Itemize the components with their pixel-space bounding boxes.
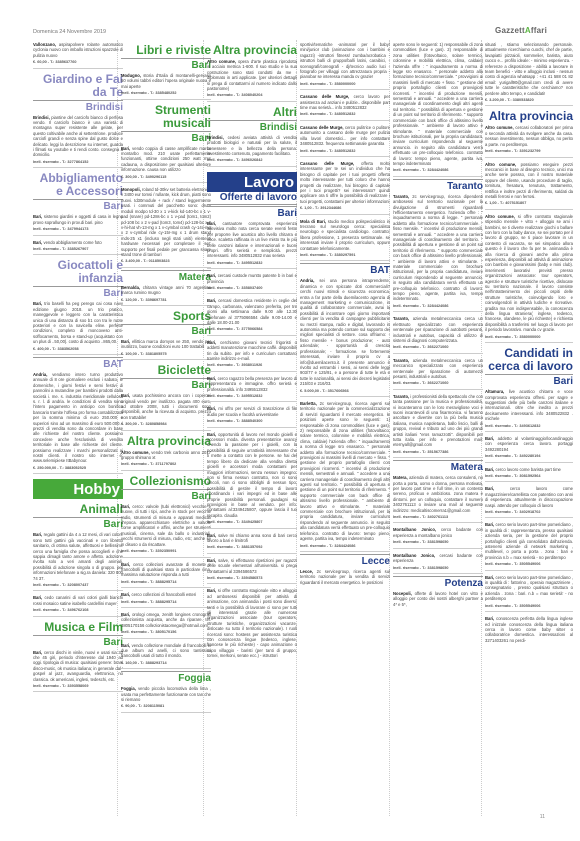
classified-ad: Bari, cerco collezioni avanzate di monet… (121, 560, 211, 589)
ad-contact: Inell. riservato - T.: 3515677386 (393, 450, 483, 455)
section-title-strumenti: Strumenti musicali (121, 104, 211, 130)
classified-ad: Bari, cantautore comprovata esperienza t… (207, 219, 297, 269)
classified-ad: Bernalda, chitarra vintage anni 70 argen… (121, 283, 211, 306)
ad-city: Bari, (207, 406, 216, 411)
ad-city: Monopoli, (121, 187, 141, 192)
section-title-animali: Animali (33, 503, 123, 516)
ad-city: Vallonzano, (33, 42, 56, 47)
ad-text: offerta molto interessante per te sei un… (300, 161, 390, 204)
ad-city: Modugno, (121, 73, 141, 78)
city-heading: Brindisi (207, 120, 297, 133)
classified-ad: Bari, cerco: valvole (tubi elettronici) … (121, 502, 211, 558)
classified-ad: Altro comune, si offre contratto stagion… (485, 212, 573, 343)
ad-text: possiamo eseguire pezzi meccanici in bas… (485, 162, 573, 199)
ad-contact: Inell. riservato - T.: 3495512832 (207, 261, 297, 266)
ad-text: opportunità di lavoro nel mondo gioielli… (207, 432, 297, 518)
classified-ad: Foggia, vendo piccola locomotiva della l… (121, 684, 211, 713)
classified-ad: Bari, cerco lavoro come barista part tim… (485, 465, 573, 483)
ad-text: salve, si effettuano ripetizioni per rag… (207, 558, 297, 574)
ad-contact: Inell. riservato - T.: 3081592564 (485, 474, 573, 479)
classified-ad: Bari, conoscenza perfetta della lingua i… (485, 614, 573, 645)
ad-text: usata pochissimo ancora con i coperoni o… (121, 393, 211, 420)
section-title-libri: Libri e riviste (121, 44, 211, 57)
column-2: Libri e riviste Bari Modugno, storia d'I… (121, 40, 211, 715)
ad-city: Bari, (485, 436, 494, 441)
ad-text: cerco dischi in vinile, nuovi e usati si… (33, 650, 123, 682)
ad-text: i professionisti della spettacolo che co… (393, 394, 483, 448)
ad-city: Taranto, (393, 316, 409, 321)
city-heading: Foggia (121, 671, 211, 684)
ad-contact: Inell. riservato - T.: 3380297591 (300, 253, 390, 258)
ad-text: conoscenza perfetta della lingua inglese… (485, 616, 573, 643)
ad-contact: Inell. riservato - T.: 3580000000 (485, 335, 573, 340)
ad-contact: Inell. riservato - T.: 3392350991 (121, 549, 211, 554)
ad-text: orologi omega, zenith longines cronograf… (121, 612, 211, 628)
classified-ad: Bari, cerco lavoro come magazziniere/car… (485, 484, 573, 518)
ad-contact: Inell. riservato - T.: 3385267907 (33, 247, 123, 252)
classified-ad: Brindisi, cedesi avviata attività di ven… (207, 133, 297, 167)
ad-text: 2c servicegroup, ricerca agenti sul terr… (300, 401, 390, 541)
ad-text: cercasi custode muntto patente b in bari… (207, 273, 297, 283)
ad-city: Mola di Bari, (300, 219, 326, 224)
ad-contact: Inell. riservato - T.: 3277864152 (33, 160, 123, 165)
ad-contact: €. 1,00 - T.: 3912344686 (300, 206, 390, 211)
section-title-altri: Altri (207, 106, 297, 119)
section-title-altra-provincia: Altra provincia (485, 110, 573, 123)
ad-contact: €. 120,00 - T.: 3398697781 (121, 298, 211, 303)
ad-contact: Inell. riservato - T.: 3580000000 (300, 82, 390, 87)
classified-ad: Andria, vendiamo intero turno produttivo… (33, 370, 123, 474)
ad-contact: €. 160,00 - T.: 3888293714 (121, 661, 211, 666)
section-title-altra-provincia: Altra provincia (207, 44, 297, 57)
classified-ad: Bari, cercasi domestica residente in ceg… (207, 296, 297, 335)
ad-city: Cassano delle Murge, (300, 125, 344, 130)
section-title-offerte: Offerte di lavoro (207, 192, 297, 205)
ad-text: vendo abbigliamento come foto (43, 240, 101, 245)
classified-ad: Bari, salve, si effettuano ripetizioni p… (207, 556, 297, 585)
gazzetta-affari-logo: GazzettAffari (495, 26, 547, 35)
ad-text: cerco: valvole (tubi elettronici) vecchi… (121, 504, 211, 547)
column-5: aperte sono le seguenti: 1) responsabile… (393, 40, 483, 611)
column-4: sportivi/tematiche -animatori per il bab… (300, 40, 390, 589)
ad-city: Bari, (121, 612, 130, 617)
classified-ad: Altamura, live acustico chitarra e voce … (485, 387, 573, 432)
ad-text: cercasi domestica residente in ceglie de… (207, 298, 297, 325)
classified-ad: Brindisi, piantine del carciofo bianco d… (33, 113, 123, 169)
ad-city: Montalbano Jonico, (393, 527, 436, 532)
ad-contact: Inell. riservato - T.: 3662271060 (393, 381, 483, 386)
section-title-biciclette: Biciclette (121, 364, 211, 377)
ad-city: Taranto, (393, 394, 409, 399)
ad-text: regalo gattini da 4 a 12 mesi, di vari c… (33, 532, 123, 580)
ad-text: vendo coppia di casse amplificate marca … (121, 146, 211, 173)
classified-ad: Bari, ellittica marca domyos ve 250, ven… (121, 337, 211, 360)
section-title-giocattoli: Giocattoli e infanzia (33, 259, 123, 285)
ad-text: cerco lavoro come barista part time (495, 467, 560, 472)
ad-contact: Inell. riservato - T.: 3938011926 (207, 363, 297, 368)
ad-contact: Inell. riservato - T.: 3888540300 (207, 419, 297, 424)
city-heading: BAT (300, 263, 390, 276)
ad-city: Bari, (207, 298, 216, 303)
ad-text: ellittica marca domyos ve 250, vendo per… (121, 339, 211, 349)
classified-ad: Bari, orologi omega, zenith longines cro… (121, 610, 211, 639)
ad-contact: Inell. riservato - T.: 3402918702 (485, 510, 573, 515)
ad-city: Bari, (33, 595, 42, 600)
classified-ad: Bari, cerco serio lavoro part-time pomer… (485, 520, 573, 570)
classified-ad: Matera, azienda di matera, cerca consule… (393, 473, 483, 523)
classified-ad: Bari, vendo abbigliamento come fotoInell… (33, 238, 123, 256)
ad-contact: Inell. riservato - T.: 3492280194 (485, 454, 573, 459)
classified-ad: Bari, cerco serio lavoro part-time pomer… (485, 573, 573, 612)
city-heading: Bari (33, 199, 123, 212)
city-heading: Bari (121, 378, 211, 391)
ad-contact: Inell. riservato - T.: 3284424086 (300, 544, 390, 549)
ad-text: mi offro per servizi di trascrizione di … (207, 406, 297, 416)
city-heading: Bari (121, 58, 211, 71)
ad-city: Cassano delle Murge, (300, 161, 354, 166)
classified-ad: Bari, cedo canarini di vari colori giall… (33, 593, 123, 616)
classified-ad: Bari, mi offro per servizi di trascrizio… (207, 404, 297, 427)
city-heading: BAT (33, 357, 123, 370)
category-band-lavoro: Lavoro (207, 172, 297, 192)
ad-text: si offre contratto stagionale stipendio … (485, 214, 573, 333)
classified-ad: Cassano delle Murge, cerco lavoro per as… (300, 92, 390, 121)
city-heading: Bari (33, 517, 123, 530)
city-heading: Matera (121, 270, 211, 283)
ad-contact: Inell. riservato - T.: 3284424086 (393, 304, 483, 309)
section-title-candidati: Candidati in cerca di lavoro (485, 347, 573, 373)
ad-contact: €. 300,00 - T.: 3280858984 (121, 422, 211, 427)
ad-contact: €. 100,00 - T.: 3381805575 (121, 352, 211, 357)
ad-contact: €. 3.200,00 - T.: 3380533820 (485, 98, 573, 103)
ad-city: Andria, (33, 372, 47, 377)
ad-city: Bari, (121, 146, 130, 151)
ad-city: Bari, (207, 273, 216, 278)
ad-city: Altro comune, (485, 214, 515, 219)
ad-city: Nocepoli, (393, 591, 412, 596)
ad-city: Bari, (121, 562, 130, 567)
classified-ad: Taranto, 2c servicegroup, ricerca dipend… (393, 192, 483, 313)
ad-city: Bari, (207, 221, 216, 226)
ad-contact: €. 400,00 - T.: 3383562058 (33, 347, 123, 352)
city-heading: Bari (121, 131, 211, 144)
classified-ad: Modugno, storia d'Italia di montanelli-g… (121, 71, 211, 100)
ad-city: Altro comune, (207, 59, 236, 64)
classified-ad: Bari, cerco dischi in vinile, nuovi e us… (33, 648, 123, 693)
ad-contact: Inell. riservato - T.: 3408040204 (207, 93, 297, 98)
ad-city: Altro comune, (121, 450, 150, 455)
ad-city: Altro comune, (485, 125, 514, 130)
classified-ad: Taranto, i professionisti della spettaco… (393, 392, 483, 458)
column-6: situati , stiamo selezionando personale.… (485, 40, 573, 647)
ad-text: aperte sono le seguenti: 1) responsabile… (393, 42, 483, 166)
ad-city: Taranto, (393, 194, 409, 199)
ad-city: Bari, (121, 504, 130, 509)
ad-text: cantautore comprovata esperienza televis… (207, 221, 297, 258)
ad-contact: Inell. riservato - T.: 3394586573 (207, 576, 297, 581)
ad-city: Bari, (207, 376, 216, 381)
ad-city: Bari, (121, 339, 130, 344)
logo-text-tail: ffari (531, 26, 547, 35)
classified-ad: Bari, cerco collezioni di francobolli es… (121, 590, 211, 608)
ad-city: Bari, (485, 522, 494, 527)
ad-contact: Inell. riservato - T.: 3775066584 (207, 327, 297, 332)
ad-contact: Inell. riservato - T.: 3284424086 (393, 168, 483, 173)
section-title-altra-provincia: Altra provincia (121, 435, 211, 448)
ad-city: Bari, (121, 393, 130, 398)
ad-contact: Inell. riservato - T.: 3381598650 (393, 566, 483, 571)
ad-city: Brindisi, (33, 115, 50, 120)
ad-city: Bari, (33, 650, 42, 655)
ad-city: Bari, (207, 340, 216, 345)
ad-contact: Inell. riservato - T.: 3493612832 (485, 424, 573, 429)
ad-city: Taranto, (393, 358, 409, 363)
page-number: 11 (540, 814, 545, 820)
classified-ad: aperte sono le seguenti: 1) responsabile… (393, 40, 483, 177)
ad-text: opera d'arte plastica riprodotta in acci… (207, 59, 297, 91)
logo-text-main: Gazzett (495, 26, 525, 35)
ad-text: sportivi/tematiche -animatori per il bab… (300, 42, 390, 79)
ad-city: Lecce, (300, 569, 313, 574)
classified-ad: Bari, cercasi custode muntto patente b i… (207, 271, 297, 294)
ad-city: Matera, (393, 475, 408, 480)
ad-city: Bari, (485, 486, 494, 491)
ad-contact: Inell. riservato - T.: 3358037400 (207, 286, 297, 291)
ad-text: salve mi chiamo anna sono di bari cerco … (207, 533, 297, 543)
ad-contact: Inell. riservato - T.: 3402761113 (393, 515, 483, 520)
ad-text: piantine del carciofo bianco di perfosa … (33, 115, 123, 158)
city-heading: Lecce (300, 554, 390, 567)
ad-city: Barletta, (300, 401, 317, 406)
ad-contact: €. 3.400,00 - T.: 0118503823 (121, 259, 211, 264)
ad-contact: Inell. riservato - T.: 3662271060 (393, 345, 483, 350)
classified-ad: Altro comune, cercasi collaboratori per … (485, 123, 573, 157)
classified-ad: Nocepoli, offerte di lavoro hotel con vi… (393, 589, 483, 609)
ad-text: cerco serio lavoro part-time pomeridiano… (485, 575, 573, 602)
ad-text: si offre contratto stagionale vitto e al… (207, 588, 297, 658)
column-1: Vallonzano, aspirapolvere rolante automa… (33, 40, 123, 694)
ad-text: cedo canarini di vari colori gialli bian… (33, 595, 123, 605)
city-heading: Bari (33, 286, 123, 299)
ad-text: roland td-30kv set batteria elettronica … (121, 187, 211, 257)
ad-city: Bari, (485, 575, 494, 580)
classified-ad: Bari, cerchiamo giovani tecnici frigoris… (207, 338, 297, 372)
classified-ad: Bari, addetto al volantinaggio/locandina… (485, 434, 573, 463)
ad-contact: Inell. riservato - T.: 3480512832 (300, 149, 390, 154)
ad-contact: Inell. riservato - T.: 3385480252 (121, 91, 211, 96)
city-heading: Bari (485, 374, 573, 387)
classified-ad: situati , stiamo selezionando personale.… (485, 40, 573, 106)
ad-contact: Inell. riservato - T.: 3393558069 (33, 684, 123, 689)
ad-city: Altamura, (485, 389, 504, 394)
city-heading: Bari (121, 324, 211, 337)
ad-city: Bari, (207, 588, 216, 593)
ad-city: Montalbano Jonico, (393, 553, 435, 558)
classified-ad: Bari, si offre contratto stagionale vitt… (207, 586, 297, 660)
ad-text: cerchiamo giovani tecnici frigoristi o a… (207, 340, 297, 361)
classified-ad: Andria, sei una persona intraprendente, … (300, 276, 390, 397)
classified-ad: Altro comune, possiamo eseguire pezzi me… (485, 160, 573, 210)
classified-ad: Bari, trio baselli ha peg perego cai cos… (33, 299, 123, 355)
ad-contact: Inell. riservato - T.: 3881357092 (207, 545, 297, 550)
ad-city: Bari, (33, 532, 42, 537)
ad-city: Bari, (207, 558, 216, 563)
ad-city: Bari, (121, 643, 130, 648)
classified-ad: Bari, salve mi chiamo anna sono di bari … (207, 531, 297, 554)
city-heading: Bari (33, 635, 123, 648)
ad-text: cerco ragazzo bella presenza per lavoro … (207, 376, 297, 392)
classified-ad: Montalbano Jonico, cerco badante con esp… (393, 525, 483, 548)
ad-text: sistemo giardini e oggetti di casa in le… (33, 214, 123, 224)
classified-ad: Montalbano Jonico, cercasi badante con e… (393, 551, 483, 574)
ad-contact: Inell. riservato - T.: 3479944173 (33, 227, 123, 232)
classified-ad: Lecce, 2c servicegroup, ricerca agenti s… (300, 567, 390, 587)
ad-contact: Inell. riservato - T.: 3381598650 (393, 540, 483, 545)
ad-city: Bari, (207, 533, 216, 538)
classified-ad: Monopoli, roland td-30kv set batteria el… (121, 185, 211, 268)
ad-city: Bari, (485, 467, 494, 472)
ad-text: azienda di matera, cerca consulenti, no … (393, 475, 483, 512)
ad-contact: Inell. riservato - T.: 3480512832 (300, 112, 390, 117)
ad-city: Foggia, (121, 686, 136, 691)
ad-contact: Inell. riservato - T.: 3888295714 (121, 600, 211, 605)
ad-contact: €. 60,00 - T.: 3385637760 (33, 60, 123, 65)
classified-ad: Bari, sistemo giardini e oggetti di casa… (33, 212, 123, 235)
classified-ad: Cassano delle Murge, cerco pulitrice o p… (300, 123, 390, 157)
city-heading: Bari (207, 206, 297, 219)
classified-ad: Bari, vendo coppia di casse amplificate … (121, 144, 211, 183)
ad-city: Bari, (485, 616, 494, 621)
ad-text: sei una persona intraprendente, dinamica… (300, 278, 390, 386)
ad-text: live acustico chitarra e voce comprovata… (485, 389, 573, 421)
ad-text: cerco lavoro come magazziniere/carrellis… (485, 486, 573, 507)
ad-contact: Inell. riservato - T.: 3711797802 (121, 462, 211, 467)
section-title-sports: Sports (121, 310, 211, 323)
ad-text: addetto al volantinaggio/locandinaggio c… (485, 436, 573, 452)
ad-city: Bari, (121, 592, 130, 597)
ad-city: Bari, (207, 432, 216, 437)
ad-contact: Inell. riservato - T.: 3496026842 (207, 158, 297, 163)
section-title-musica: Musica e Film (33, 621, 123, 634)
classified-ad: Taranto, azienda metalmeccanica cerca un… (393, 314, 483, 353)
ad-text: situati , stiamo selezionando personale.… (485, 42, 573, 96)
ad-city: Bernalda, (121, 285, 140, 290)
ad-contact: Inell. riservato - T.: 3208007437 (33, 583, 123, 588)
ad-contact: Inell. riservato - T.: 3505549006 (485, 604, 573, 609)
ad-city: Bari, (33, 214, 42, 219)
ad-city: Andria, (300, 278, 314, 283)
ad-city: Brindisi, (207, 135, 224, 140)
ad-text: cerco serio lavoro part-time pomeridiano… (485, 522, 573, 559)
ad-contact: €. 250.000,00 - T.: 3883052525 (33, 466, 123, 471)
ad-contact: Inell. riservato - T.: 3805170156 (121, 630, 211, 635)
ad-city: Bari, (33, 301, 42, 306)
classified-ad: Taranto, azienda metalmeccanica cerca un… (393, 356, 483, 390)
city-heading: Matera (393, 460, 483, 473)
classified-ad: Bari, cerco ragazzo bella presenza per l… (207, 374, 297, 403)
classified-ad: Bari, vendo collezione mondiale di franc… (121, 641, 211, 670)
city-heading: Potenza (393, 576, 483, 589)
classified-ad: Altro comune, opera d'arte plastica ripr… (207, 57, 297, 102)
ad-contact: Inell. riservato - T.: 3496762108 (33, 608, 123, 613)
classified-ad: Vallonzano, aspirapolvere rolante automa… (33, 40, 123, 69)
classified-ad: Cassano delle Murge, offerta molto inter… (300, 159, 390, 215)
ad-contact: Inell. riservato - T.: 3391232799 (485, 149, 573, 154)
newspaper-page: Domenica 24 Novembre 2019 GazzettAffari … (0, 0, 580, 841)
classified-ad: Bari, opportunità di lavoro nel mondo gi… (207, 430, 297, 529)
ad-text: cerco collezioni avanzate di monete e fr… (121, 562, 211, 578)
section-title-giardino: Giardino e Fai da Te (33, 73, 123, 99)
ad-text: 2c servicegroup, ricerca dipendenti ambo… (393, 194, 483, 302)
column-3: Altra provincia Altro comune, opera d'ar… (207, 40, 297, 663)
ad-city: Cassano delle Murge, (300, 94, 349, 99)
ad-text: 2c servicegroup, ricerca agenti sul terr… (300, 569, 390, 585)
classified-ad: Altro comune, vendo trek carbonio anno 2… (121, 448, 211, 471)
section-title-collezionismo: Collezionismo (121, 475, 211, 488)
classified-ad: Barletta, 2c servicegroup, ricerca agent… (300, 399, 390, 552)
ad-contact: €. 5.000,00 - T.: 3517606566 (300, 389, 390, 394)
ad-text: studio medico polispecialistico in trecr… (300, 219, 390, 251)
page-date: Domenica 24 Novembre 2019 (33, 29, 106, 35)
ad-contact: Inell. riservato - T.: 3505549006 (485, 562, 573, 567)
ad-text: vendiamo intero turno produttivo annuale… (33, 372, 123, 464)
classified-ad: Bari, usata pochissimo ancora con i cope… (121, 391, 211, 430)
classified-ad: Mola di Bari, studio medico polispeciali… (300, 217, 390, 262)
ad-city: Bari, (33, 240, 42, 245)
classified-ad: Bari, regalo gattini da 4 a 12 mesi, di … (33, 530, 123, 591)
ad-contact: €. 300,00 - T.: 3490296115 (121, 175, 211, 180)
section-title-abbigliamento: Abbigliamento e Accessori (33, 172, 123, 198)
ad-contact: €. 1,00 - T.: 4075151807 (485, 201, 573, 206)
classified-ad: sportivi/tematiche -animatori per il bab… (300, 40, 390, 90)
city-heading: Brindisi (33, 100, 123, 113)
ad-contact: Inell. riservato - T.: 3349425807 (207, 520, 297, 525)
category-band-hobby: Hobby (33, 479, 123, 499)
city-heading: Bari (121, 489, 211, 502)
ad-city: Altro comune, (485, 162, 516, 167)
ad-text: vendo collezione mondiale di francobolli… (121, 643, 211, 659)
ad-text: cerco collezioni di francobolli esteri (131, 592, 196, 597)
ad-contact: €. 90,00 - T.: 3208115081 (121, 704, 211, 709)
ad-text: trio baselli ha peg perego cai cosa navy… (33, 301, 123, 344)
ad-contact: Inell. riservato - T.: 3888295714 (121, 580, 211, 585)
city-heading: Taranto (393, 179, 483, 192)
ad-contact: Inell. riservato - T.: 3495512832 (207, 394, 297, 399)
